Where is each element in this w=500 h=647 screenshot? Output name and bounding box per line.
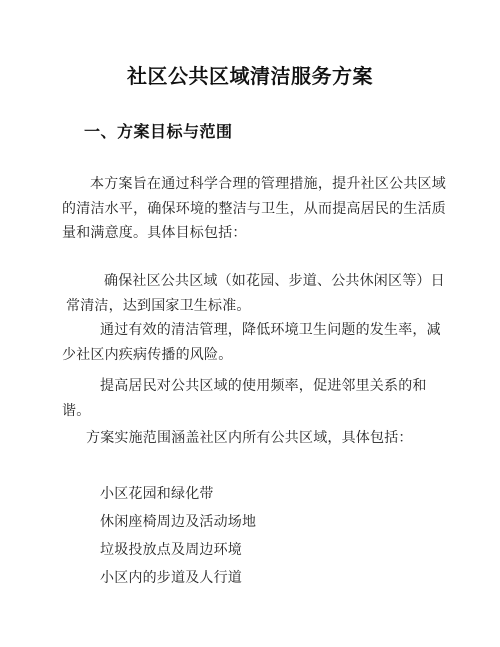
- scope-list: 小区花园和绿化带 休闲座椅周边及活动场地 垃圾投放点及周边环境 小区内的步道及人…: [100, 480, 256, 592]
- scope-intro-paragraph: 方案实施范围涵盖社区内所有公共区域，具体包括：: [62, 426, 446, 451]
- section-heading: 一、方案目标与范围: [84, 119, 233, 142]
- goal-item: 确保社区公共区域（如花园、步道、公共休闲区等）日常清洁，达到国家卫生标准。: [66, 269, 446, 318]
- goal-item: 通过有效的清洁管理，降低环境卫生问题的发生率，减少社区内疾病传播的风险。: [62, 318, 446, 367]
- intro-paragraph: 本方案旨在通过科学合理的管理措施，提升社区公共区域的清洁水平，确保环境的整洁与卫…: [62, 172, 446, 246]
- document-page: 社区公共区域清洁服务方案 一、方案目标与范围 本方案旨在通过科学合理的管理措施，…: [0, 0, 500, 647]
- scope-list-item: 垃圾投放点及周边环境: [100, 536, 256, 564]
- goal-item: 提高居民对公共区域的使用频率，促进邻里关系的和谐。: [62, 374, 446, 423]
- scope-list-item: 小区花园和绿化带: [100, 480, 256, 508]
- document-title: 社区公共区域清洁服务方案: [0, 60, 500, 89]
- scope-list-item: 休闲座椅周边及活动场地: [100, 508, 256, 536]
- scope-list-item: 小区内的步道及人行道: [100, 564, 256, 592]
